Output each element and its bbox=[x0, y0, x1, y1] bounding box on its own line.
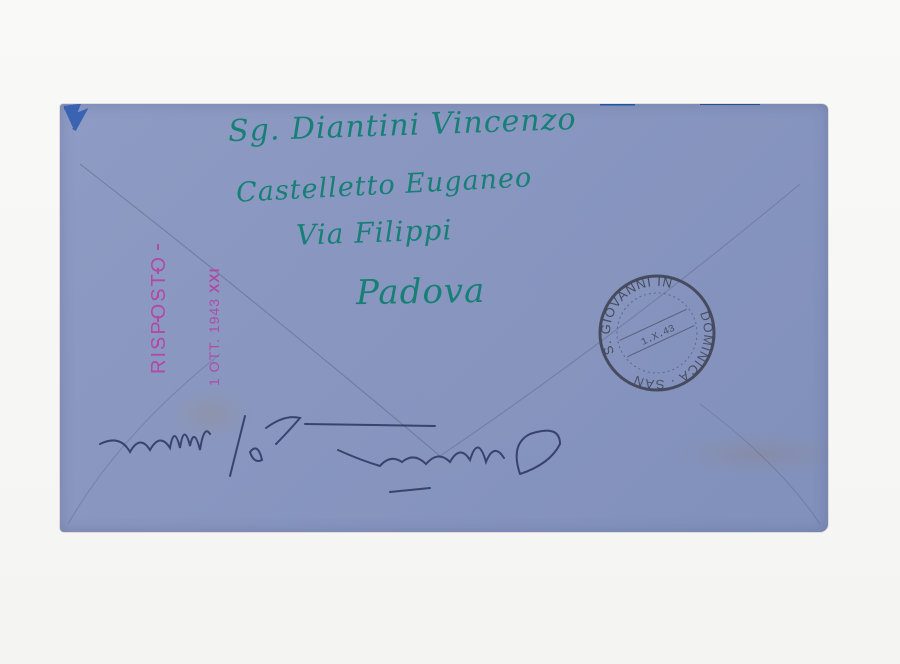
risposto-date-day: 1 bbox=[206, 377, 222, 386]
scan-background: Sg. Diantini Vincenzo Castelletto Eugane… bbox=[0, 0, 900, 664]
envelope: Sg. Diantini Vincenzo Castelletto Eugane… bbox=[60, 104, 828, 532]
address-line-town: Castelletto Euganeo bbox=[235, 162, 533, 208]
risposto-date-year: 1943 bbox=[206, 298, 222, 333]
risposto-stamp-date: 1 OTT. 1943 XXI bbox=[206, 267, 222, 386]
risposto-date-era: XXI bbox=[206, 267, 222, 293]
risposto-date-month: OTT. bbox=[206, 338, 222, 372]
address-line-street: Via Filippi bbox=[295, 213, 452, 251]
address-line-name: Sg. Diantini Vincenzo bbox=[227, 102, 577, 149]
postmark-cancel: S. GIOVANNI IN DOMINICA · SAN 1.X.43 bbox=[596, 272, 718, 394]
pencil-notes bbox=[90, 404, 650, 504]
address-line-city: Padova bbox=[356, 271, 486, 313]
risposto-stamp-label: RISPOSTO bbox=[148, 255, 171, 374]
svg-text:DOMINICA · SAN: DOMINICA · SAN bbox=[615, 308, 718, 394]
